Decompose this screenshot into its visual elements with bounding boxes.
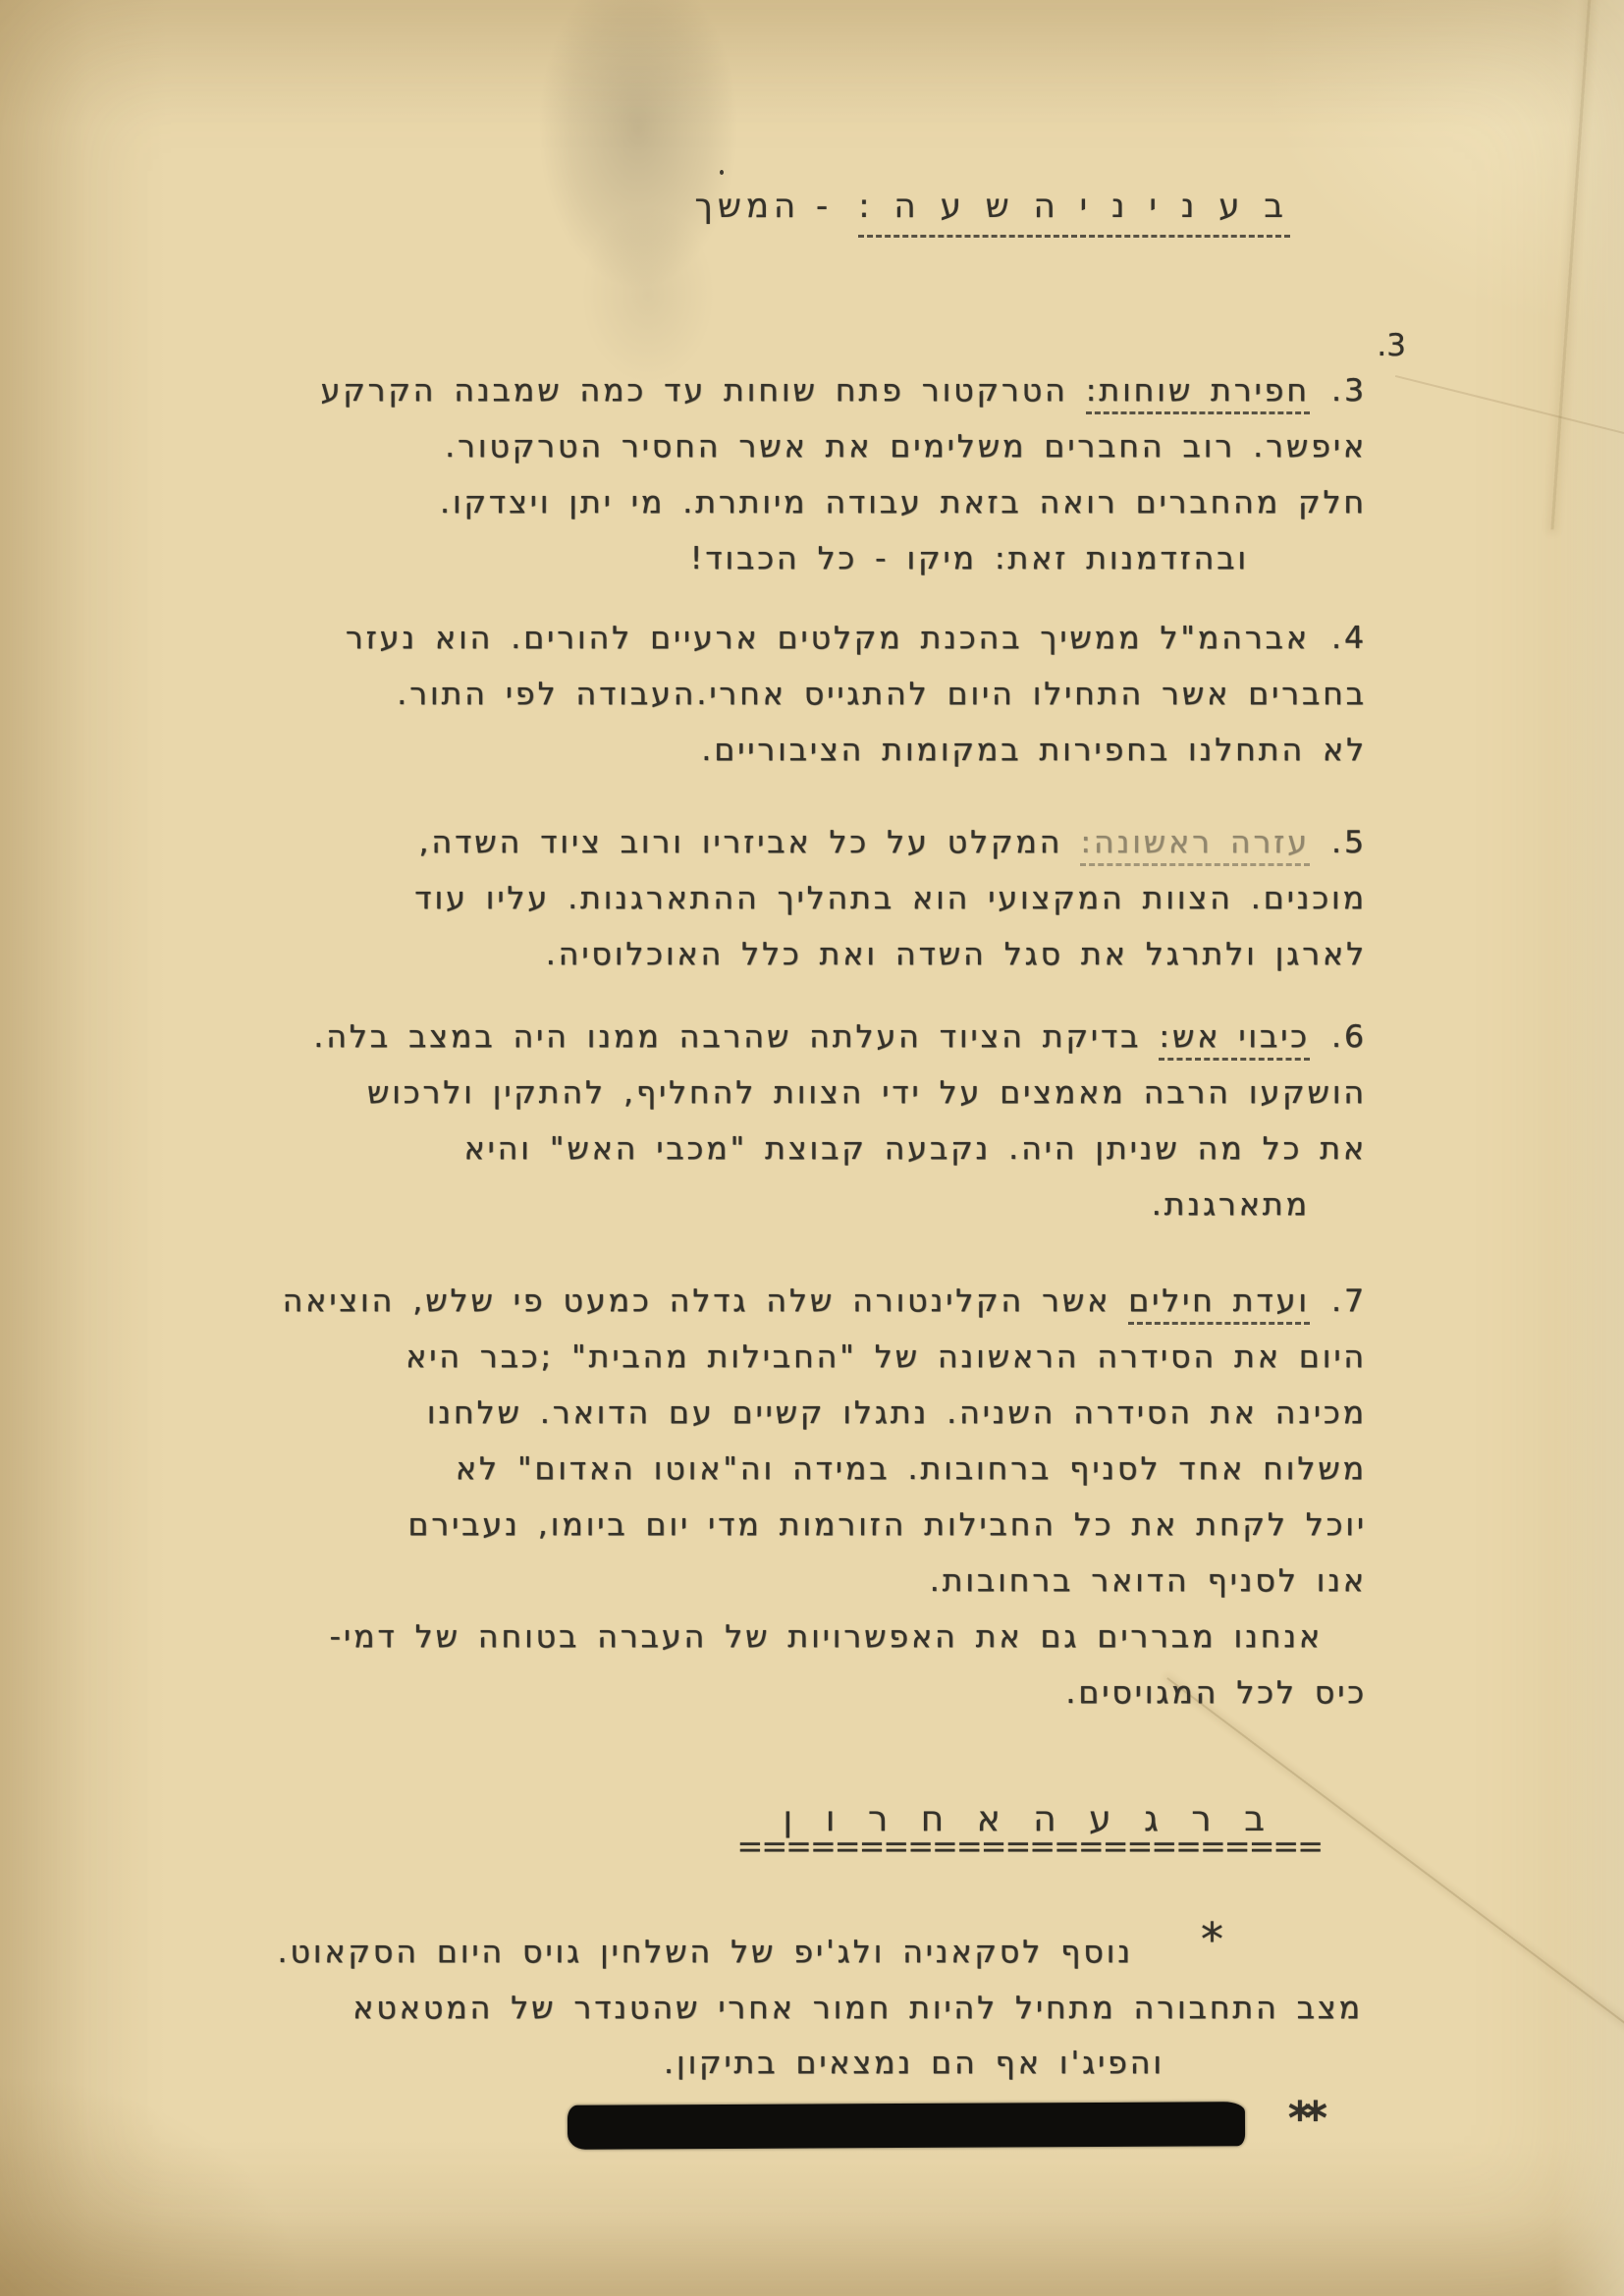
header-title: ב ע נ י נ י ה ש ע ה : [858,187,1290,238]
item-line: איפשר. רוב החברים משלימים את אשר החסיר ה… [130,419,1367,475]
item-title: חפירת שוחות: [1086,373,1310,414]
redaction-bar [568,2102,1245,2150]
item-text: אשר הקלינטורה שלה גדלה כמעט פי שלש, הוצי… [283,1284,1111,1319]
item-text: המקלט על כל אביזריו ורוב ציוד השדה, [419,825,1063,860]
item-line: כיס לכל המגויסים. [130,1666,1367,1722]
item-line: אנו לסניף הדואר ברחובות. [130,1554,1367,1610]
item-6: 6.כיבוי אש:בדיקת הציוד העלתה שהרבה ממנו … [130,1010,1367,1233]
item-line: חלק מהחברים רואה בזאת עבודה מיותרת. מי י… [130,475,1367,531]
item-line: 5.עזרה ראשונה:המקלט על כל אביזריו ורוב צ… [130,815,1367,871]
item-line: משלוח אחד לסניף ברחובות. במידה וה"אוטו ה… [130,1442,1367,1498]
header-suffix: - המשך [695,187,834,226]
last-minute-line: והפיג'ו אף הם נמצאים בתיקון. [664,2036,1164,2092]
last-minute-line: נוסף לסקאניה ולג'יפ של השלחין גויס היום … [277,1925,1133,1981]
item-number: 6. [1331,1019,1367,1055]
item-line: את כל מה שניתן היה. נקבעה קבוצת "מכבי הא… [130,1121,1367,1177]
item-7: 7.ועדת חיליםאשר הקלינטורה שלה גדלה כמעט … [130,1274,1367,1722]
item-text: בדיקת הציוד העלתה שהרבה ממנו היה במצב בל… [313,1019,1141,1055]
item-number: 4. [1331,621,1367,656]
item-line: בחברים אשר התחילו היום להתגייס אחרי.העבו… [130,667,1367,723]
item-title: ועדת חילים [1128,1284,1310,1325]
item-text: אברהמ"ל ממשיך בהכנת מקלטים ארעיים להורים… [346,621,1310,656]
document-header: ב ע נ י נ י ה ש ע ה :- המשך [695,187,1290,226]
paper-crease [1395,375,1624,434]
item-line: 4.אברהמ"ל ממשיך בהכנת מקלטים ארעיים להור… [130,611,1367,667]
last-minute-section-heading: ב ר ג ע ה א ח ר ו ן ====================… [737,1799,1323,1865]
item-title: כיבוי אש: [1159,1019,1310,1061]
item-line: הושקעו הרבה מאמצים על ידי הצוות להחליף, … [130,1066,1367,1121]
item-title: עזרה ראשונה: [1080,825,1310,866]
item-number: 5. [1331,825,1367,860]
item-5: 5.עזרה ראשונה:המקלט על כל אביזריו ורוב צ… [130,815,1367,983]
item-line: 6.כיבוי אש:בדיקת הציוד העלתה שהרבה ממנו … [130,1010,1367,1066]
item-number: 7. [1331,1284,1367,1319]
item-line: היום את הסידרה הראשונה של "החבילות מהבית… [130,1330,1367,1386]
item-line: לא התחלנו בחפירות במקומות הציבוריים. [130,723,1367,779]
end-asterisks: ** [1288,2092,1320,2145]
item-3: 3.חפירת שוחות:הטרקטור פתח שוחות עד כמה ש… [130,363,1367,587]
ink-speck [720,170,724,175]
scanned-typewritten-page: ב ע נ י נ י ה ש ע ה :- המשך 3. 3.חפירת ש… [0,0,1624,2296]
item-line: מתארגנת. [130,1177,1310,1233]
last-minute-line: מצב התחבורה מתחיל להיות חמור אחרי שהטנדר… [352,1981,1363,2037]
page-number: 3. [1377,328,1406,363]
item-line: 3.חפירת שוחות:הטרקטור פתח שוחות עד כמה ש… [130,363,1367,419]
item-line: ובהזדמנות זאת: מיקו - כל הכבוד! [130,531,1249,587]
item-line: מכינה את הסידרה השניה. נתגלו קשיים עם הד… [130,1386,1367,1442]
item-text: הטרקטור פתח שוחות עד כמה שמבנה הקרקע [321,373,1068,409]
asterisk-marker: * [1201,1913,1223,1966]
item-number: 3. [1331,373,1367,409]
item-line: לארגן ולתרגל את סגל השדה ואת כלל האוכלוס… [130,927,1367,983]
item-4: 4.אברהמ"ל ממשיך בהכנת מקלטים ארעיים להור… [130,611,1367,779]
item-line: יוכל לקחת את כל החבילות הזורמות מדי יום … [130,1498,1367,1554]
last-minute-underline: ======================== [737,1828,1323,1865]
item-line: אנחנו מבררים גם את האפשרויות של העברה בט… [130,1610,1323,1666]
item-line: מוכנים. הצוות המקצועי הוא בתהליך ההתארגנ… [130,871,1367,927]
paper-crease [1550,0,1592,529]
item-line: 7.ועדת חיליםאשר הקלינטורה שלה גדלה כמעט … [130,1274,1367,1330]
